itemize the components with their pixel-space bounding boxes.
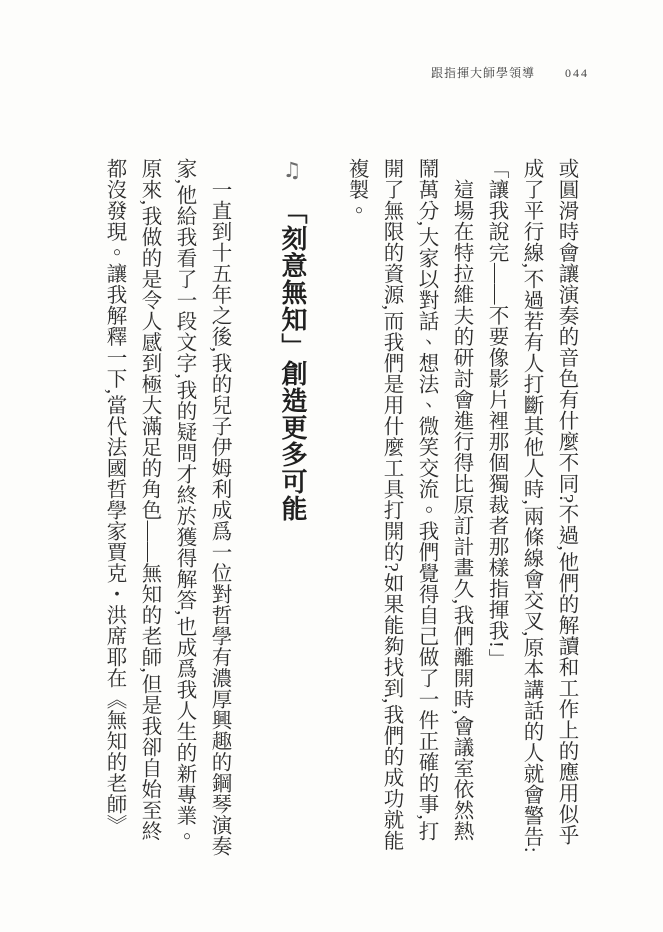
page-number: 044	[565, 66, 589, 80]
paragraph: 或圓滑時會讓演奏的音色有什麼不同?不過,他們的解讀和工作上的應用似乎成了平行線,…	[478, 158, 583, 858]
music-note-icon: ♫	[274, 158, 310, 182]
section-heading: ♫「刻意無知」創造更多可能	[274, 158, 310, 858]
running-head-title: 跟指揮大師學領導	[431, 66, 535, 80]
paragraph: 這場在特拉維夫的研討會進行得比原訂計畫久,我們離開時,會議室依然熱鬧萬分,大家以…	[338, 158, 478, 858]
page-body: 或圓滑時會讓演奏的音色有什麼不同?不過,他們的解讀和工作上的應用似乎成了平行線,…	[78, 158, 583, 858]
section-heading-text: 「刻意無知」創造更多可能	[278, 198, 307, 522]
page-header: 跟指揮大師學領導044	[431, 64, 589, 81]
paragraph: 一直到十五年之後,我的兒子伊姆利成爲一位對哲學有濃厚興趣的鋼琴演奏家,他給我看了…	[96, 158, 236, 858]
book-page: 跟指揮大師學領導044 或圓滑時會讓演奏的音色有什麼不同?不過,他們的解讀和工作…	[0, 0, 663, 932]
